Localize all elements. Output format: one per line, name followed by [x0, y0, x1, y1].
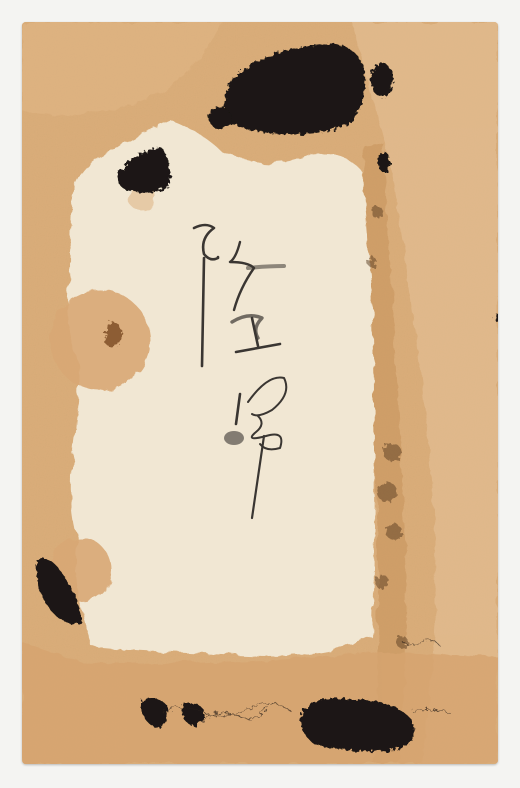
card-artwork [22, 22, 498, 764]
stained-card: 陸帰 [22, 22, 498, 764]
